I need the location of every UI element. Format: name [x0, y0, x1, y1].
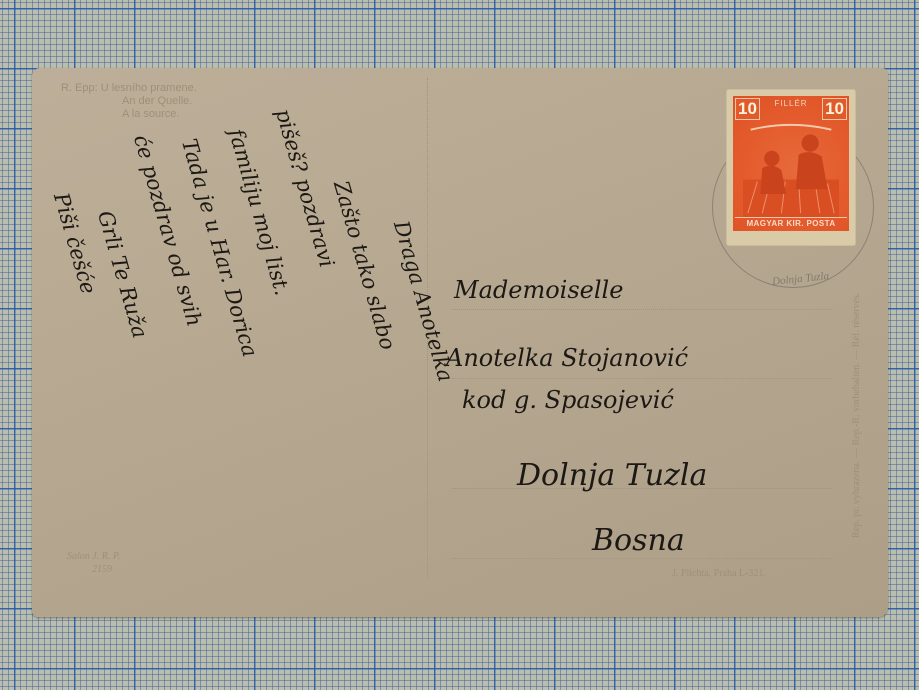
caption-line-1: R. Epp: U lesního pramene. — [61, 82, 197, 95]
postcard: R. Epp: U lesního pramene. An der Quelle… — [32, 68, 888, 617]
postage-stamp: 10 10 FILLÉR MAGYAR KIR. POSTA — [727, 90, 855, 245]
series-name: Salon J. R. P. — [67, 550, 120, 563]
message-line: Piši češće — [49, 190, 101, 297]
address-name: Anotelka Stojanović — [446, 344, 688, 372]
stamp-currency: FILLÉR — [767, 99, 815, 108]
message-line: Grli Te Ruža — [93, 208, 152, 341]
address-rule — [452, 378, 832, 379]
stamp-value-right: 10 — [822, 98, 847, 120]
publisher-imprint: J. Plichta, Praha L-321. — [672, 567, 766, 580]
stamp-country: MAGYAR KIR. POSTA — [735, 217, 847, 228]
series-number: 2159 — [67, 563, 120, 576]
address-country: Bosna — [592, 523, 685, 558]
address-rule — [452, 558, 832, 559]
front-caption: R. Epp: U lesního pramene. An der Quelle… — [61, 82, 197, 121]
rights-note: Rep. pr. vyhrazena. — Rep.-R. vorbehalte… — [850, 293, 863, 538]
caption-line-2: An der Quelle. — [61, 95, 197, 108]
series-label: Salon J. R. P. 2159 — [67, 550, 120, 576]
message-line: Draga Anotelka — [389, 218, 458, 384]
address-salutation: Mademoiselle — [454, 276, 623, 304]
stamp-value-left: 10 — [735, 98, 760, 120]
address-city: Dolnja Tuzla — [517, 458, 707, 493]
address-rule — [452, 309, 832, 310]
address-care-of: kod g. Spasojević — [462, 386, 674, 414]
caption-line-3: A la source. — [61, 108, 197, 121]
reapers-illustration-icon — [743, 122, 839, 218]
message-line: Zašto tako slabo — [329, 178, 400, 353]
